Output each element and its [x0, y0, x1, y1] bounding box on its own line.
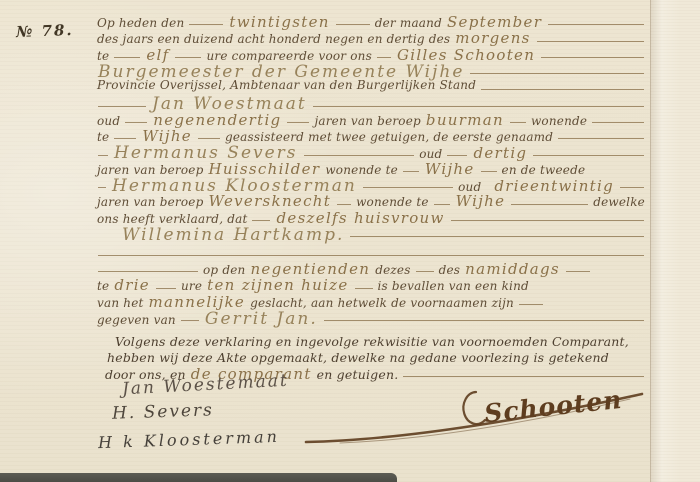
- blank-rule: [537, 40, 644, 42]
- act-line: des jaars een duizend acht honderd negen…: [95, 29, 647, 45]
- act-body: Op heden dentwintigstender maandSeptembe…: [95, 13, 647, 381]
- blank-rule: [198, 137, 220, 139]
- blank-rule: [189, 23, 223, 25]
- act-number: № 78.: [16, 21, 74, 41]
- blank-rule: [156, 287, 176, 289]
- act-line: oudnegenendertigjaren van beroepbuurmanw…: [95, 111, 647, 127]
- form-text: wonende te: [323, 163, 400, 177]
- filled-text: twintigsten: [226, 13, 332, 31]
- photo-bottom-edge: [0, 473, 397, 482]
- form-text: dezes: [373, 263, 412, 277]
- form-text: wonende: [529, 114, 589, 128]
- form-text: geassisteerd met twee getuigen, de eerst…: [223, 130, 555, 144]
- blank-rule: [336, 23, 370, 25]
- blank-rule: [350, 235, 644, 237]
- form-text: wonende te: [354, 195, 431, 209]
- page-fold-edge: [650, 0, 700, 482]
- form-text: te: [95, 130, 111, 144]
- form-text: is bevallen van een kind: [376, 279, 531, 293]
- blank-rule: [592, 121, 644, 123]
- blank-rule: [252, 219, 270, 221]
- filled-text: ten zijnen huize: [204, 276, 351, 294]
- form-text: jaren van beroep: [312, 114, 422, 128]
- blank-rule: [324, 319, 644, 321]
- blank-rule: [337, 203, 351, 205]
- form-text: en getuigen.: [315, 367, 401, 382]
- form-text: gegeven van: [95, 313, 178, 327]
- birth-record-page: № 78. Op heden dentwintigstender maandSe…: [0, 0, 700, 482]
- signature-witness-1: H. Severs: [112, 400, 214, 424]
- form-text: op den: [201, 263, 247, 277]
- filled-text: negenendertig: [150, 111, 284, 129]
- act-line: Hermanus Kloostermanouddrieentwintig: [95, 176, 647, 192]
- blank-rule: [304, 154, 415, 156]
- signature-witness-2: H k Kloosterman: [98, 427, 280, 452]
- blank-rule: [98, 154, 108, 156]
- filled-text: Gerrit Jan.: [202, 309, 321, 329]
- blank-rule: [519, 303, 543, 305]
- form-text: ure compareerde voor ons: [204, 49, 374, 63]
- filled-text: Gilles Schooten: [394, 46, 538, 64]
- blank-rule: [533, 154, 644, 156]
- blank-rule: [98, 254, 644, 256]
- blank-rule: [175, 56, 201, 58]
- blank-rule: [510, 121, 526, 123]
- blank-rule: [434, 203, 450, 205]
- blank-rule: [287, 121, 309, 123]
- act-line: Op heden dentwintigstender maandSeptembe…: [95, 13, 647, 29]
- blank-rule: [481, 88, 644, 90]
- blank-rule: [313, 105, 644, 107]
- form-text: oud: [95, 114, 122, 128]
- act-line: teelfure compareerde voor onsGilles Scho…: [95, 46, 647, 62]
- blank-rule: [114, 137, 136, 139]
- blank-rule: [377, 56, 391, 58]
- act-line: hebben wij deze Akte opgemaakt, dewelke …: [95, 350, 647, 366]
- form-text: Op heden den: [95, 16, 186, 30]
- blank-rule: [181, 319, 199, 321]
- blank-rule: [403, 170, 419, 172]
- blank-rule: [114, 56, 140, 58]
- filled-text: Willemina Hartkamp.: [119, 225, 347, 245]
- filled-text: mannelijke: [146, 293, 249, 311]
- act-line: jaren van beroepHuisschilderwonende teWi…: [95, 160, 647, 176]
- form-text: des: [437, 263, 463, 277]
- act-line: teWijhegeassisteerd met twee getuigen, d…: [95, 127, 647, 143]
- blank-rule: [416, 270, 434, 272]
- blank-rule: [403, 375, 644, 377]
- filled-text: drieentwintig: [491, 177, 617, 195]
- form-text: te: [95, 49, 111, 63]
- filled-text: Weversknecht: [205, 192, 334, 210]
- form-text: jaren van beroep: [95, 195, 205, 209]
- blank-rule: [447, 154, 467, 156]
- form-text: des jaars een duizend acht honderd negen…: [95, 32, 452, 46]
- act-line: Willemina Hartkamp.: [95, 225, 647, 241]
- filled-text: Wijhe: [422, 160, 478, 178]
- act-line: ons heeft verklaard, datdeszelfs huisvro…: [95, 209, 647, 225]
- blank-rule: [566, 270, 590, 272]
- act-line: Hermanus Seversouddertig: [95, 143, 647, 159]
- blank-rule: [511, 203, 588, 205]
- blank-rule: [620, 186, 644, 188]
- blank-rule: [481, 170, 497, 172]
- blank-rule: [125, 121, 147, 123]
- form-text: Provincie Overijssel, Ambtenaar van den …: [95, 78, 478, 92]
- filled-text: deszelfs huisvrouw: [273, 209, 447, 227]
- form-text: hebben wij deze Akte opgemaakt, dewelke …: [105, 350, 611, 365]
- form-text: ure: [179, 279, 204, 293]
- act-line: Volgens deze verklaring en ingevolge rek…: [95, 334, 647, 350]
- form-text: ons heeft verklaard, dat: [95, 212, 249, 226]
- blank-rule: [98, 105, 146, 107]
- form-text: Volgens deze verklaring en ingevolge rek…: [113, 334, 631, 349]
- filled-text: Wijhe: [453, 192, 509, 210]
- blank-rule: [470, 72, 644, 74]
- act-line: tedrieureten zijnen huizeis bevallen van…: [95, 276, 647, 292]
- act-line: op dennegentiendendezesdesnamiddags: [95, 260, 647, 276]
- filled-text: Huisschilder: [205, 160, 323, 178]
- form-text: der maand: [373, 16, 444, 30]
- form-text: te: [95, 279, 111, 293]
- filled-text: namiddags: [462, 260, 563, 278]
- blank-rule: [363, 186, 453, 188]
- act-line: gegeven vanGerrit Jan.: [95, 309, 647, 325]
- filled-text: elf: [143, 46, 172, 64]
- filled-text: September: [444, 13, 545, 31]
- filled-text: drie: [111, 276, 153, 294]
- filled-text: negentienden: [247, 260, 373, 278]
- blank-rule: [98, 186, 106, 188]
- filled-text: buurman: [423, 111, 507, 129]
- filled-text: morgens: [452, 29, 533, 47]
- blank-rule: [541, 56, 644, 58]
- form-text: van het: [95, 296, 146, 310]
- signature-official: Schooten: [483, 385, 624, 428]
- form-text: en de tweede: [500, 163, 588, 177]
- act-line: Burgemeester der Gemeente Wijhe: [95, 62, 647, 78]
- form-text: geslacht, aan hetwelk de voornaamen zijn: [248, 296, 516, 310]
- filled-text: Wijhe: [139, 127, 195, 145]
- blank-rule: [98, 270, 198, 272]
- form-text: dewelke: [591, 195, 647, 209]
- blank-rule: [558, 137, 644, 139]
- blank-rule: [355, 287, 373, 289]
- act-line: Jan Woestmaat: [95, 94, 647, 110]
- blank-rule: [451, 219, 644, 221]
- blank-rule: [548, 23, 644, 25]
- act-line: van hetmannelijkegeslacht, aan hetwelk d…: [95, 293, 647, 309]
- filled-text: dertig: [470, 144, 530, 162]
- form-text: jaren van beroep: [95, 163, 205, 177]
- act-line: Provincie Overijssel, Ambtenaar van den …: [95, 78, 647, 94]
